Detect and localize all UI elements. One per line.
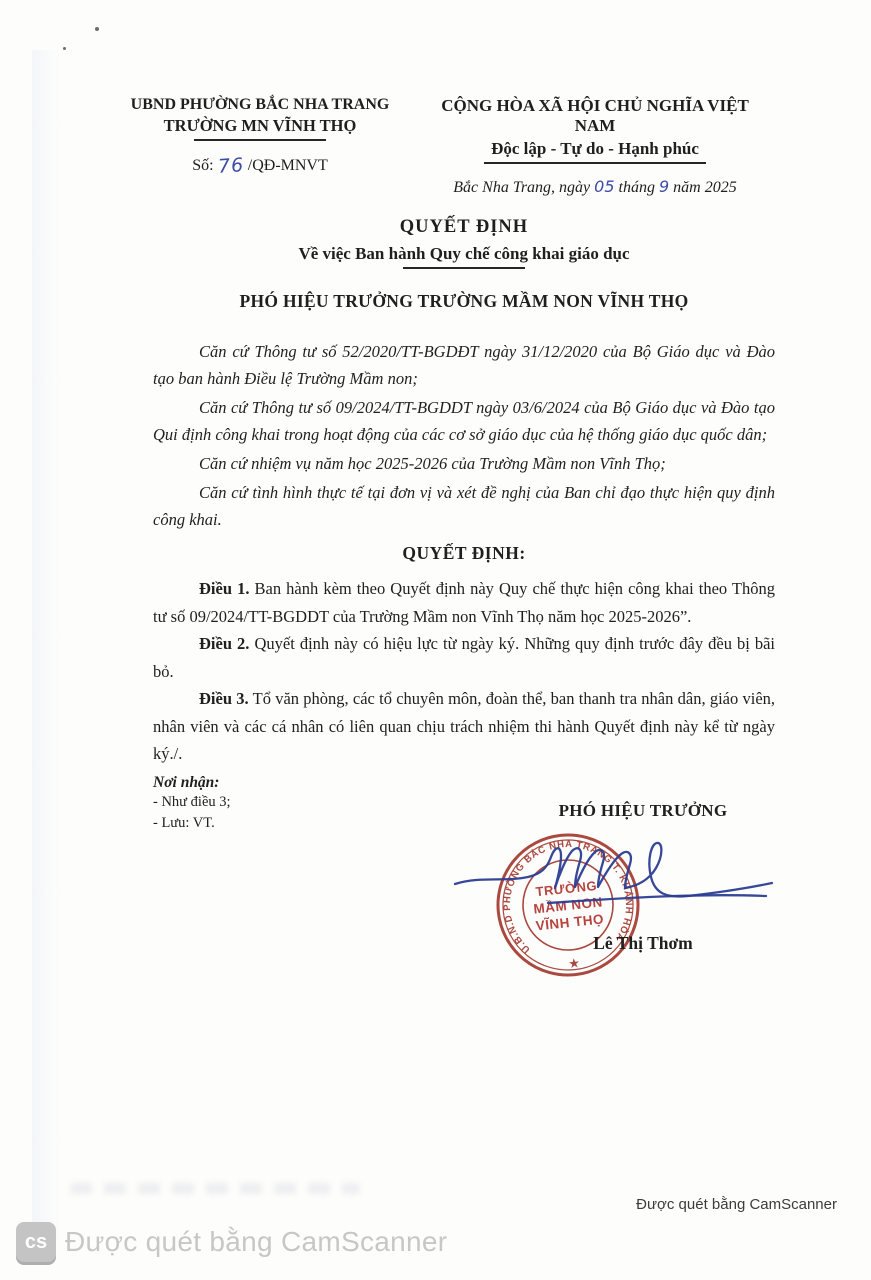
recipient-item: - Lưu: VT. [153, 813, 373, 834]
handwritten-document-number: 76 [217, 154, 245, 178]
signature-underline-stroke [548, 895, 766, 903]
camscanner-watermark-text: Được quét bằng CamScanner [65, 1226, 447, 1258]
article-paragraph: Điều 2. Quyết định này có hiệu lực từ ng… [153, 630, 775, 685]
camscanner-caption: Được quét bằng CamScanner [636, 1196, 837, 1213]
signer-name: Lê Thị Thơm [478, 933, 808, 954]
org-name: TRƯỜNG MN VĨNH THỌ [105, 116, 415, 136]
org-parent-name: UBND PHƯỜNG BẮC NHA TRANG [105, 96, 415, 114]
recipient-item: - Như điều 3; [153, 792, 373, 813]
camscanner-logo-icon: cs [16, 1222, 56, 1262]
document-number-label: Số: [192, 157, 213, 174]
preamble-paragraph: Căn cứ Thông tư số 52/2020/TT-BGDĐT ngày… [153, 338, 775, 392]
national-motto: Độc lập - Tự do - Hạnh phúc [425, 139, 765, 159]
date-year: năm 2025 [673, 179, 737, 196]
org-underline [194, 139, 326, 141]
document-title: QUYẾT ĐỊNH [153, 217, 775, 238]
article-label: Điều 1. [199, 579, 249, 598]
decision-heading: QUYẾT ĐỊNH: [153, 543, 775, 564]
handwritten-month: 9 [659, 177, 669, 196]
national-title: CỘNG HÒA XÃ HỘI CHỦ NGHĨA VIỆT NAM [425, 96, 765, 136]
issuing-authority: PHÓ HIỆU TRƯỞNG TRƯỜNG MẦM NON VĨNH THỌ [153, 291, 775, 312]
recipients-block: Nơi nhận: - Như điều 3; - Lưu: VT. [153, 774, 373, 834]
date-prefix: Bắc Nha Trang, ngày [453, 179, 590, 196]
signer-title: PHÓ HIỆU TRƯỞNG [478, 801, 808, 821]
document-footer: Nơi nhận: - Như điều 3; - Lưu: VT. PHÓ H… [0, 774, 871, 834]
title-block: QUYẾT ĐỊNH Về việc Ban hành Quy chế công… [153, 217, 775, 312]
preamble-paragraph: Căn cứ tình hình thực tế tại đơn vị và x… [153, 479, 775, 533]
place-date-line: Bắc Nha Trang, ngày 05 tháng 9 năm 2025 [425, 177, 765, 197]
document-number-line: Số: 76 /QĐ-MNVT [105, 153, 415, 175]
date-month-word: tháng [619, 179, 655, 196]
camscanner-watermark: cs Được quét bằng CamScanner [16, 1222, 447, 1262]
article-paragraph: Điều 1. Ban hành kèm theo Quyết định này… [153, 575, 775, 630]
document-header: UBND PHƯỜNG BẮC NHA TRANG TRƯỜNG MN VĨNH… [0, 0, 871, 197]
scan-speck [95, 27, 99, 31]
preamble-section: Căn cứ Thông tư số 52/2020/TT-BGDĐT ngày… [153, 338, 775, 533]
scan-edge-tint [32, 50, 60, 1240]
articles-section: Điều 1. Ban hành kèm theo Quyết định này… [153, 575, 775, 768]
article-label: Điều 3. [199, 689, 249, 708]
document-number-suffix: /QĐ-MNVT [248, 157, 328, 174]
handwritten-day: 05 [594, 177, 614, 196]
issuing-org-block: UBND PHƯỜNG BẮC NHA TRANG TRƯỜNG MN VĨNH… [105, 96, 415, 197]
article-paragraph: Điều 3. Tổ văn phòng, các tổ chuyên môn,… [153, 685, 775, 768]
document-subtitle: Về việc Ban hành Quy chế công khai giáo … [153, 244, 775, 264]
recipients-label: Nơi nhận: [153, 774, 373, 792]
scan-ghost-smudge [70, 1183, 360, 1194]
motto-underline [484, 162, 706, 164]
article-label: Điều 2. [199, 634, 249, 653]
national-header-block: CỘNG HÒA XÃ HỘI CHỦ NGHĨA VIỆT NAM Độc l… [425, 96, 765, 197]
scanned-document-page: UBND PHƯỜNG BẮC NHA TRANG TRƯỜNG MN VĨNH… [0, 0, 871, 1280]
subtitle-underline [403, 267, 525, 269]
scan-speck [63, 47, 66, 50]
signature-stroke [455, 843, 772, 897]
preamble-paragraph: Căn cứ Thông tư số 09/2024/TT-BGDDT ngày… [153, 394, 775, 448]
preamble-paragraph: Căn cứ nhiệm vụ năm học 2025-2026 của Tr… [153, 450, 775, 477]
